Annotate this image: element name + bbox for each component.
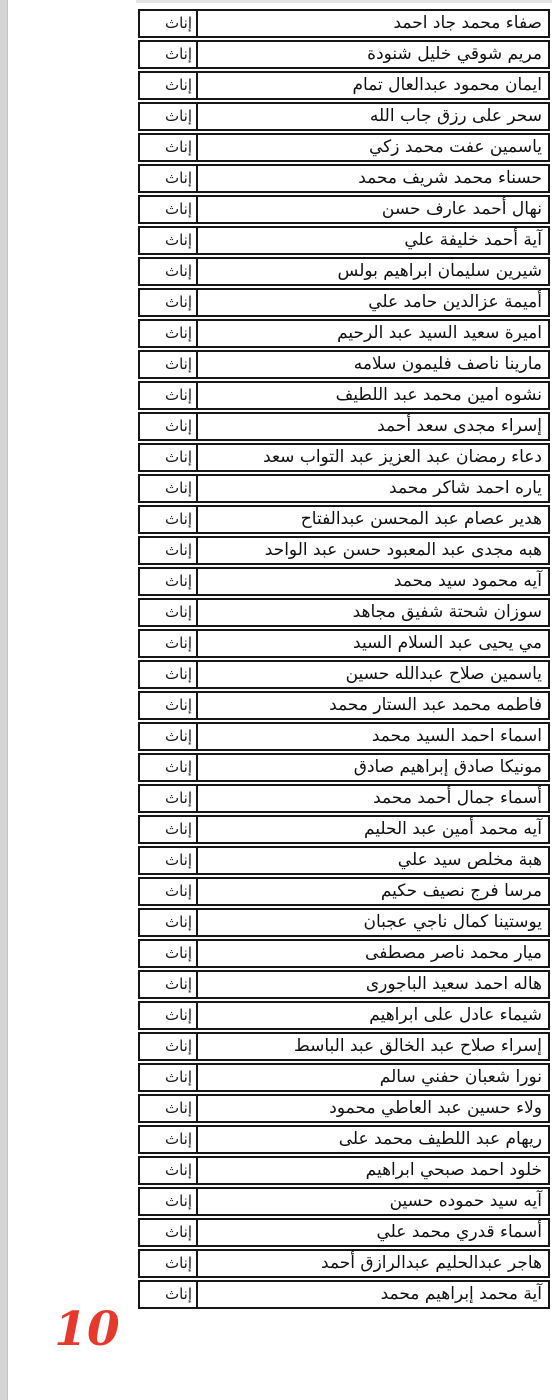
gender-cell: إناث (140, 879, 198, 904)
gender-cell: إناث (140, 724, 198, 749)
name-cell: اميرة سعيد السيد عبد الرحيم (198, 321, 548, 346)
name-cell: أميمة عزالدين حامد علي (198, 290, 548, 315)
gender-cell: إناث (140, 693, 198, 718)
name-cell: إسراء مجدى سعد أحمد (198, 414, 548, 439)
name-cell: هبه مجدى عبد المعبود حسن عبد الواحد (198, 538, 548, 563)
gender-cell: إناث (140, 1282, 198, 1307)
name-cell: دعاء رمضان عبد العزيز عبد التواب سعد (198, 445, 548, 470)
table-row: إناث مارينا ناصف فليمون سلامه (138, 350, 550, 379)
table-row: إناث مي يحيى عبد السلام السيد (138, 629, 550, 658)
gender-cell: إناث (140, 569, 198, 594)
name-cell: شيماء عادل على ابراهيم (198, 1003, 548, 1028)
table-row: إناث مونيكا صادق إبراهيم صادق (138, 753, 550, 782)
table-row: إناث إسراء مجدى سعد أحمد (138, 412, 550, 441)
gender-cell: إناث (140, 228, 198, 253)
name-cell: آيه سيد حموده حسين (198, 1189, 548, 1214)
name-cell: ياسمين عفت محمد زكي (198, 135, 548, 160)
name-cell: ميار محمد ناصر مصطفى (198, 941, 548, 966)
gender-cell: إناث (140, 507, 198, 532)
table-row: إناث أسماء قدري محمد علي (138, 1218, 550, 1247)
gender-cell: إناث (140, 941, 198, 966)
name-cell: نهال أحمد عارف حسن (198, 197, 548, 222)
gender-cell: إناث (140, 1158, 198, 1183)
name-cell: هدير عصام عبد المحسن عبدالفتاح (198, 507, 548, 532)
table-row: إناث آيه محمد أمين عبد الحليم (138, 815, 550, 844)
name-cell: هاجر عبدالحليم عبدالرازق أحمد (198, 1251, 548, 1276)
table-row: إناث ياسمين صلاح عبدالله حسين (138, 660, 550, 689)
names-roster-table: إناث صفاء محمد جاد احمد إناث مريم شوقي خ… (138, 9, 550, 1309)
name-cell: صفاء محمد جاد احمد (198, 11, 548, 36)
table-row: إناث صفاء محمد جاد احمد (138, 9, 550, 38)
gender-cell: إناث (140, 1189, 198, 1214)
gender-cell: إناث (140, 910, 198, 935)
name-cell: آيه محمود سيد محمد (198, 569, 548, 594)
table-row: إناث آية أحمد خليفة علي (138, 226, 550, 255)
table-row: إناث اميرة سعيد السيد عبد الرحيم (138, 319, 550, 348)
gender-cell: إناث (140, 166, 198, 191)
name-cell: آية محمد إبراهيم محمد (198, 1282, 548, 1307)
table-row: إناث ميار محمد ناصر مصطفى (138, 939, 550, 968)
gender-cell: إناث (140, 1034, 198, 1059)
table-row: إناث مريم شوقي خليل شنودة (138, 40, 550, 69)
name-cell: سوزان شحتة شفيق مجاهد (198, 600, 548, 625)
name-cell: مي يحيى عبد السلام السيد (198, 631, 548, 656)
scan-edge-strip (0, 0, 8, 1400)
table-row: إناث آيه محمود سيد محمد (138, 567, 550, 596)
table-row: إناث هاجر عبدالحليم عبدالرازق أحمد (138, 1249, 550, 1278)
gender-cell: إناث (140, 445, 198, 470)
table-row: إناث ايمان محمود عبدالعال تمام (138, 71, 550, 100)
table-row: إناث ياسمين عفت محمد زكي (138, 133, 550, 162)
table-row: إناث ريهام عبد اللطيف محمد على (138, 1125, 550, 1154)
name-cell: مارينا ناصف فليمون سلامه (198, 352, 548, 377)
gender-cell: إناث (140, 476, 198, 501)
gender-cell: إناث (140, 600, 198, 625)
name-cell: ياره احمد شاكر محمد (198, 476, 548, 501)
gender-cell: إناث (140, 817, 198, 842)
name-cell: هبة مخلص سيد علي (198, 848, 548, 873)
table-row: إناث إسراء صلاح عبد الخالق عبد الباسط (138, 1032, 550, 1061)
table-row: إناث نشوه امين محمد عبد اللطيف (138, 381, 550, 410)
gender-cell: إناث (140, 104, 198, 129)
gender-cell: إناث (140, 848, 198, 873)
name-cell: اسماء احمد السيد محمد (198, 724, 548, 749)
gender-cell: إناث (140, 321, 198, 346)
name-cell: مريم شوقي خليل شنودة (198, 42, 548, 67)
gender-cell: إناث (140, 1065, 198, 1090)
table-row: إناث نورا شعبان حفني سالم (138, 1063, 550, 1092)
gender-cell: إناث (140, 42, 198, 67)
table-row: إناث سوزان شحتة شفيق مجاهد (138, 598, 550, 627)
gender-cell: إناث (140, 631, 198, 656)
name-cell: مونيكا صادق إبراهيم صادق (198, 755, 548, 780)
table-row: إناث هدير عصام عبد المحسن عبدالفتاح (138, 505, 550, 534)
table-row: إناث فاطمه محمد عبد الستار محمد (138, 691, 550, 720)
table-row: إناث سحر على رزق جاب الله (138, 102, 550, 131)
page-number: 10 (42, 1302, 132, 1358)
gender-cell: إناث (140, 383, 198, 408)
gender-cell: إناث (140, 1096, 198, 1121)
name-cell: إسراء صلاح عبد الخالق عبد الباسط (198, 1034, 548, 1059)
name-cell: خلود احمد صبحي ابراهيم (198, 1158, 548, 1183)
name-cell: أسماء قدري محمد علي (198, 1220, 548, 1245)
gender-cell: إناث (140, 197, 198, 222)
name-cell: آية أحمد خليفة علي (198, 228, 548, 253)
gender-cell: إناث (140, 1251, 198, 1276)
table-row: إناث هاله احمد سعيد الباجورى (138, 970, 550, 999)
gender-cell: إناث (140, 1220, 198, 1245)
name-cell: يوستينا كمال ناجي عجبان (198, 910, 548, 935)
name-cell: شيرين سليمان ابراهيم بولس (198, 259, 548, 284)
gender-cell: إناث (140, 662, 198, 687)
table-row: إناث حسناء محمد شريف محمد (138, 164, 550, 193)
table-row: إناث نهال أحمد عارف حسن (138, 195, 550, 224)
table-row: إناث شيرين سليمان ابراهيم بولس (138, 257, 550, 286)
name-cell: هاله احمد سعيد الباجورى (198, 972, 548, 997)
gender-cell: إناث (140, 290, 198, 315)
table-row: إناث مرسا فرج نصيف حكيم (138, 877, 550, 906)
table-row: إناث ولاء حسين عبد العاطي محمود (138, 1094, 550, 1123)
scanned-roster-page: { "page_number": "10", "colors": { "page… (0, 0, 552, 1400)
name-cell: ياسمين صلاح عبدالله حسين (198, 662, 548, 687)
gender-cell: إناث (140, 972, 198, 997)
scan-top-artifact-line (136, 0, 552, 3)
gender-cell: إناث (140, 755, 198, 780)
table-row: إناث يوستينا كمال ناجي عجبان (138, 908, 550, 937)
gender-cell: إناث (140, 786, 198, 811)
table-row: إناث آيه سيد حموده حسين (138, 1187, 550, 1216)
name-cell: نشوه امين محمد عبد اللطيف (198, 383, 548, 408)
gender-cell: إناث (140, 73, 198, 98)
table-row: إناث شيماء عادل على ابراهيم (138, 1001, 550, 1030)
name-cell: آيه محمد أمين عبد الحليم (198, 817, 548, 842)
gender-cell: إناث (140, 1127, 198, 1152)
name-cell: ريهام عبد اللطيف محمد على (198, 1127, 548, 1152)
gender-cell: إناث (140, 259, 198, 284)
name-cell: فاطمه محمد عبد الستار محمد (198, 693, 548, 718)
name-cell: ولاء حسين عبد العاطي محمود (198, 1096, 548, 1121)
table-row: إناث أميمة عزالدين حامد علي (138, 288, 550, 317)
name-cell: مرسا فرج نصيف حكيم (198, 879, 548, 904)
name-cell: نورا شعبان حفني سالم (198, 1065, 548, 1090)
name-cell: ايمان محمود عبدالعال تمام (198, 73, 548, 98)
gender-cell: إناث (140, 414, 198, 439)
gender-cell: إناث (140, 352, 198, 377)
table-row: إناث آية محمد إبراهيم محمد (138, 1280, 550, 1309)
name-cell: أسماء جمال أحمد محمد (198, 786, 548, 811)
gender-cell: إناث (140, 538, 198, 563)
gender-cell: إناث (140, 11, 198, 36)
name-cell: حسناء محمد شريف محمد (198, 166, 548, 191)
name-cell: سحر على رزق جاب الله (198, 104, 548, 129)
table-row: إناث هبه مجدى عبد المعبود حسن عبد الواحد (138, 536, 550, 565)
table-row: إناث ياره احمد شاكر محمد (138, 474, 550, 503)
table-row: إناث هبة مخلص سيد علي (138, 846, 550, 875)
gender-cell: إناث (140, 1003, 198, 1028)
table-row: إناث خلود احمد صبحي ابراهيم (138, 1156, 550, 1185)
table-row: إناث دعاء رمضان عبد العزيز عبد التواب سع… (138, 443, 550, 472)
gender-cell: إناث (140, 135, 198, 160)
table-row: إناث اسماء احمد السيد محمد (138, 722, 550, 751)
table-row: إناث أسماء جمال أحمد محمد (138, 784, 550, 813)
